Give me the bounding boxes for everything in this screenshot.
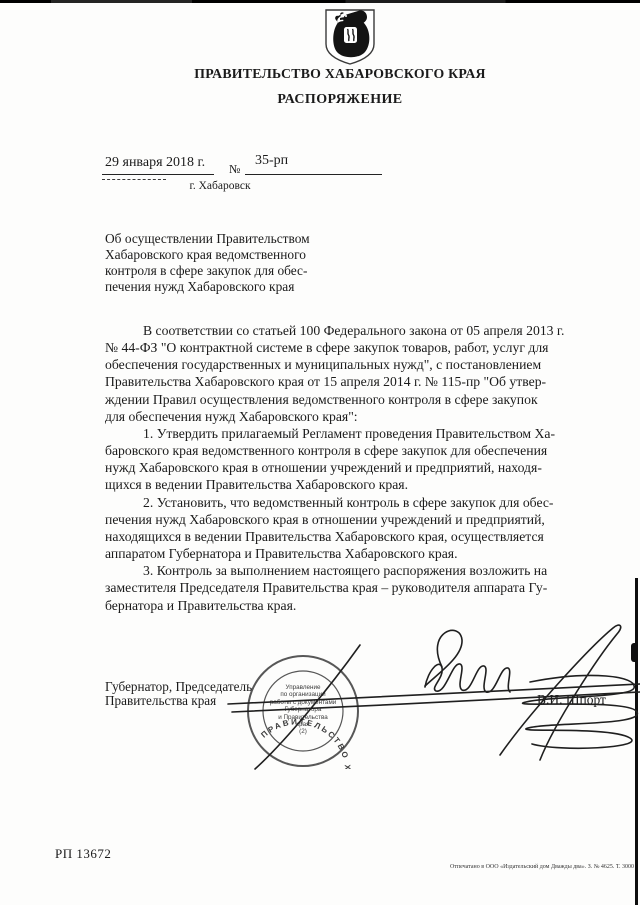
coat-of-arms-icon (322, 8, 378, 66)
doc-subject: Об осуществлении Правительством Хабаровс… (105, 231, 310, 295)
print-shop-note: Отпечатано в ООО «Издательский дом Дважд… (450, 864, 634, 870)
top-scan-artifact (0, 0, 640, 3)
org-name: ПРАВИТЕЛЬСТВО ХАБАРОВСКОГО КРАЯ (40, 66, 640, 82)
paragraph-intro: В соответствии со статьей 100 Федерально… (105, 322, 575, 425)
doc-body: В соответствии со статьей 100 Федерально… (105, 322, 575, 614)
doc-city: г. Хабаровск (150, 180, 290, 192)
paragraph-item-2: 2. Установить, что ведомственный контрол… (105, 494, 575, 563)
paragraph-item-3: 3. Контроль за выполнением настоящего ра… (105, 562, 575, 613)
paragraph-item-1: 1. Утвердить прилагаемый Регламент прове… (105, 425, 575, 494)
doc-registry-id: РП 13672 (55, 846, 111, 862)
date-underline (102, 174, 214, 175)
doc-number: 35-рп (255, 153, 288, 169)
number-underline (245, 174, 382, 175)
document-page: ПРАВИТЕЛЬСТВО ХАБАРОВСКОГО КРАЯ РАСПОРЯЖ… (0, 0, 640, 905)
doc-date: 29 января 2018 г. (105, 155, 205, 171)
handwritten-signature-icon (210, 612, 640, 770)
number-sign: № (229, 162, 240, 177)
doc-type-title: РАСПОРЯЖЕНИЕ (40, 92, 640, 108)
